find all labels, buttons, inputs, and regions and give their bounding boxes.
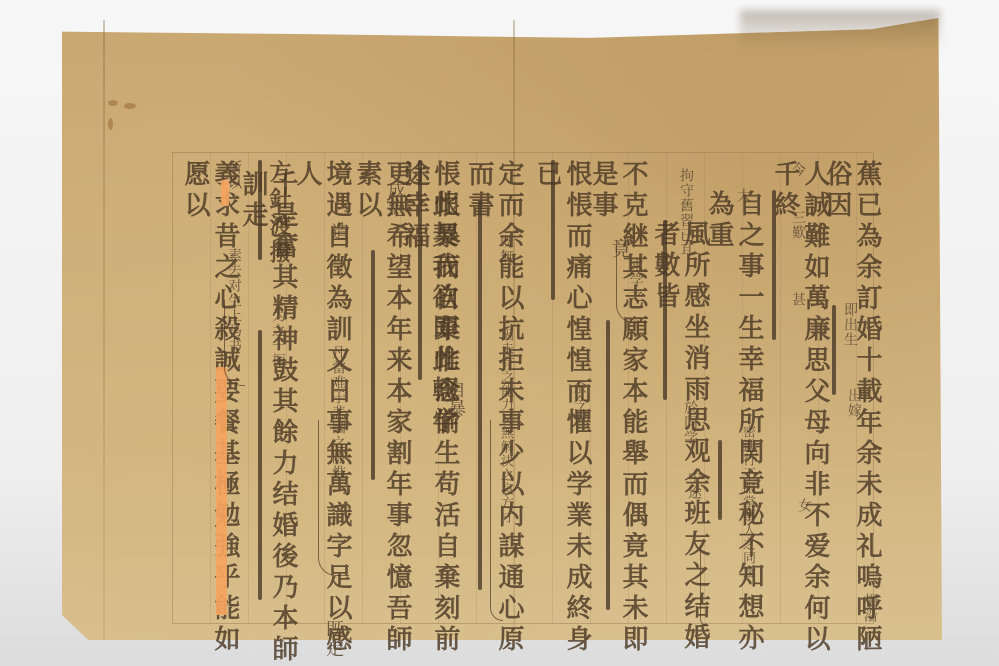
margin-note: 今 (790, 162, 806, 177)
margin-note: 拘守舊習已耳 (678, 168, 694, 258)
text-column: 義求昔之心殺誠要餐基極勉強乎能如愿以 (180, 160, 240, 666)
strike-line (832, 305, 836, 395)
strike-line (258, 160, 262, 260)
strike-line (258, 330, 262, 600)
text-column: 更無希望本年来本家割年事忽憶吾師素以 (352, 160, 412, 666)
margin-note: 出嫁 (846, 388, 862, 418)
margin-note: 造 (330, 222, 346, 241)
strike-line (551, 160, 555, 300)
stain-mark (124, 103, 136, 109)
margin-note: 素去对生上马书 (226, 248, 242, 353)
margin-note: 竟 (612, 238, 628, 259)
margin-note: 密進行不服當事人之同意 (740, 425, 755, 579)
margin-note: 自暴 (444, 380, 466, 418)
text-column: 自之事一生幸福所関竟秘不知想亦為重 (704, 190, 764, 666)
orange-highlight-mark (216, 367, 227, 615)
stain-mark (108, 118, 113, 130)
strike-line (663, 220, 667, 400)
strike-line (371, 250, 375, 480)
insertion-bracket (700, 545, 707, 626)
margin-note: 三歎 (790, 210, 806, 240)
margin-note: 相沿 (862, 593, 878, 623)
strike-line (718, 440, 722, 520)
margin-note: 所以 (226, 160, 242, 190)
text-column: 千是奮其精神鼓其餘力结婚後乃本師訓走 (238, 170, 298, 666)
margin-note: 成絶 (384, 180, 406, 218)
margin-note: 凡當难于悲國之際惟 (330, 345, 346, 480)
margin-note: 求学之 (628, 258, 644, 303)
margin-note: 因未有之能力又無解決之良方寸 (498, 328, 513, 524)
margin-note: 即出生 (842, 302, 858, 347)
margin-note: 既無 (498, 234, 514, 264)
margin-note: 既定 (322, 620, 344, 658)
stain-mark (108, 100, 118, 106)
margin-note: 女 (796, 498, 812, 513)
margin-note: 甚 (790, 292, 806, 307)
paper-curl-shadow (740, 10, 940, 50)
text-column: 不克継其志願家本能舉而偶竟其未即是事 (588, 160, 648, 666)
strike-line (772, 190, 776, 340)
margin-note: 於同学 (682, 400, 698, 445)
fold-line-left (103, 20, 105, 640)
margin-note: 余今日 (571, 380, 587, 425)
margin-note: 大 (735, 188, 751, 203)
strike-line (478, 200, 482, 590)
strike-line (606, 320, 610, 610)
margin-note: 中途 (686, 470, 702, 500)
strike-line (418, 160, 422, 380)
margin-note: 为之一振 (270, 308, 286, 368)
